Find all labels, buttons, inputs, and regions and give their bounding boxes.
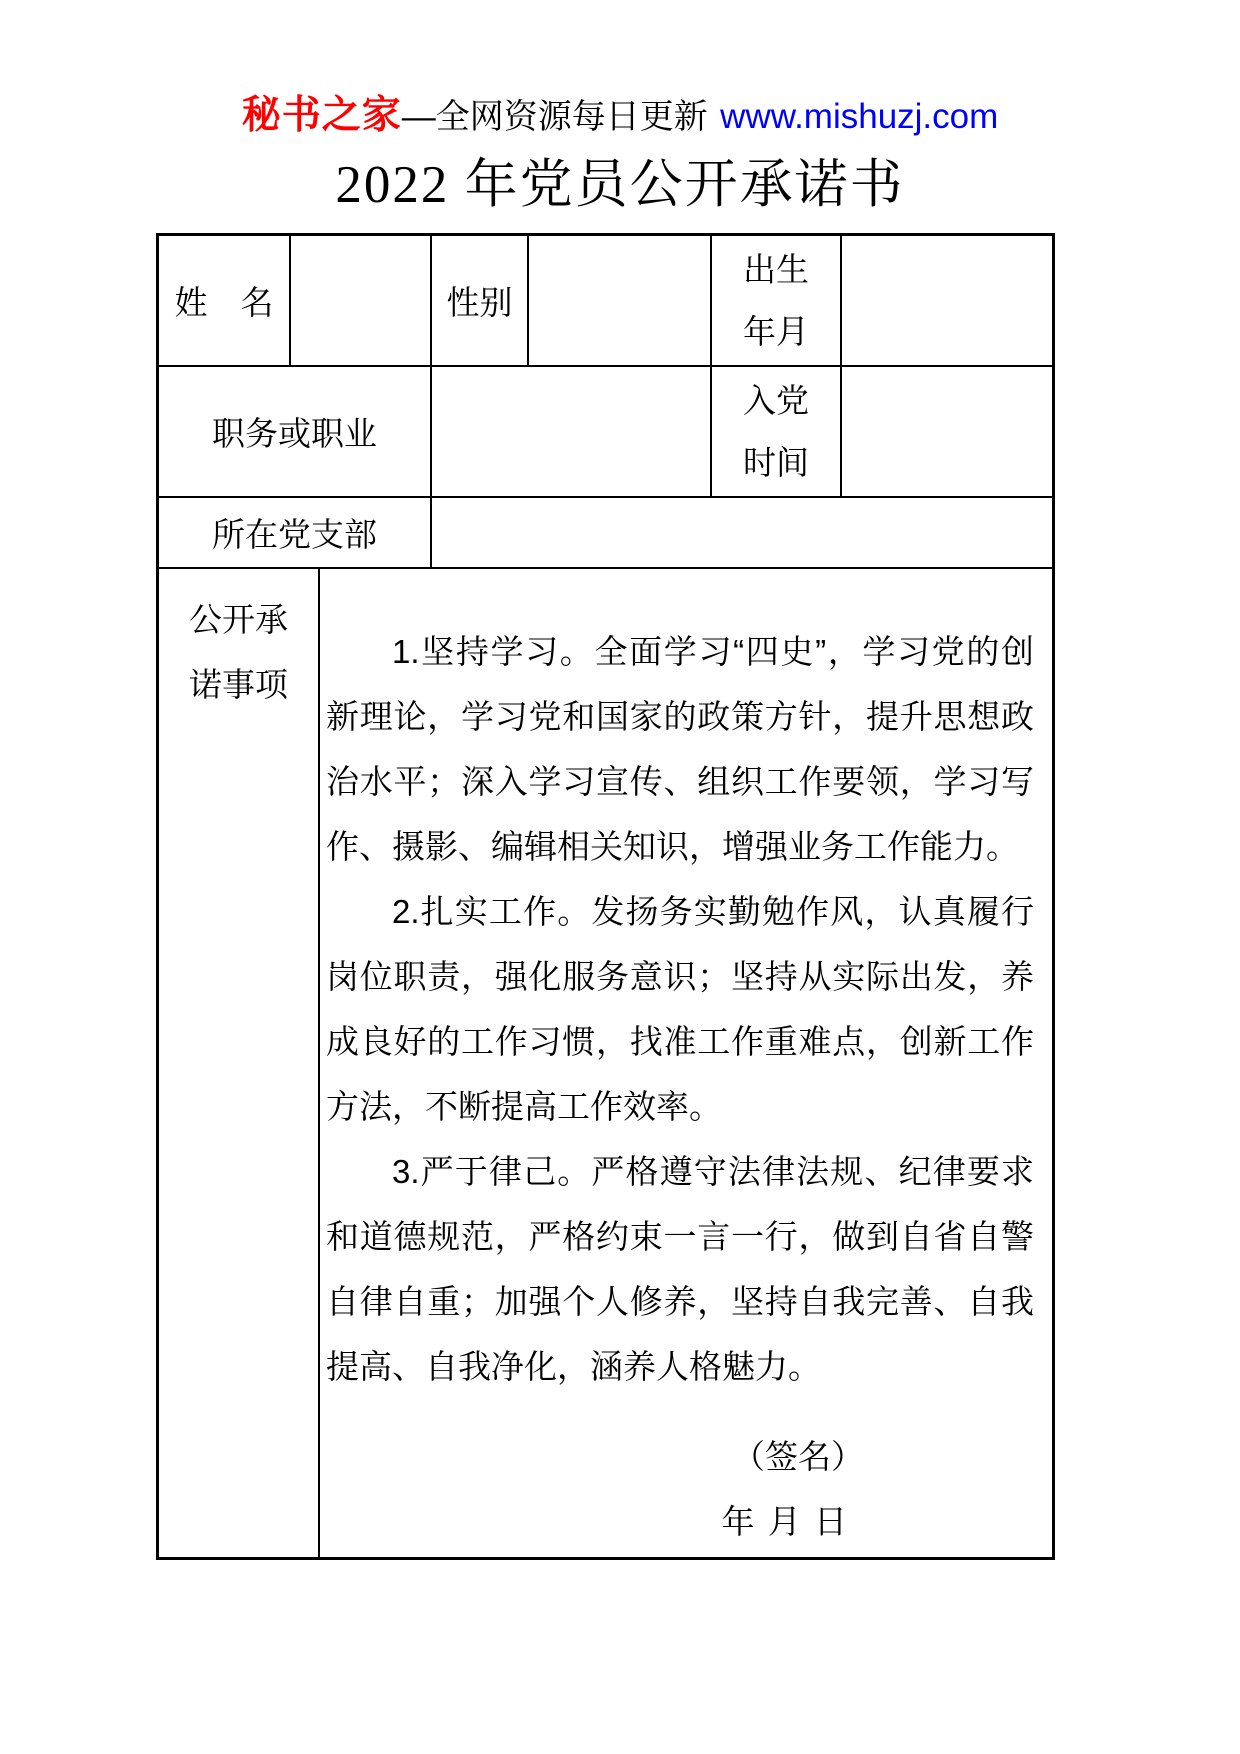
commitment-text: 1.坚持学习。全面学习“四史”，学习党的创新理论，学习党和国家的政策方针，提升思…: [320, 569, 1052, 1554]
signature-block: （签名） 年 月 日: [326, 1424, 1034, 1554]
table-row-name: 姓 名 性别 出生 年月: [159, 236, 1052, 367]
commitment-paragraph-1: 1.坚持学习。全面学习“四史”，学习党的创新理论，学习党和国家的政策方针，提升思…: [326, 619, 1034, 879]
brand-name: 秘书之家: [242, 94, 402, 137]
name-value-cell[interactable]: [291, 236, 432, 367]
commitment-label-line2: 诺事项: [189, 652, 288, 717]
commitment-label-line1: 公开承: [189, 587, 288, 652]
gender-label: 性别: [432, 236, 529, 367]
commitment-form-table: 姓 名 性别 出生 年月 职务或职业 入党 时间 所在党支部 公开承 诺事项: [156, 233, 1055, 1560]
site-header: 秘书之家—全网资源每日更新 www.mishuzj.com: [0, 93, 1240, 147]
join-label-line1: 入党: [743, 370, 809, 432]
birth-date-value-cell[interactable]: [842, 236, 1052, 367]
branch-label: 所在党支部: [159, 498, 432, 569]
birth-date-label: 出生 年月: [712, 236, 842, 367]
join-time-value-cell[interactable]: [842, 367, 1052, 498]
join-time-label: 入党 时间: [712, 367, 842, 498]
job-value-cell[interactable]: [432, 367, 712, 498]
gender-value-cell[interactable]: [529, 236, 712, 367]
signature-placeholder: （签名）: [326, 1424, 864, 1489]
name-label: 姓 名: [159, 236, 291, 367]
page-title: 2022 年党员公开承诺书: [0, 146, 1240, 224]
table-row-commitments: 公开承 诺事项 1.坚持学习。全面学习“四史”，学习党的创新理论，学习党和国家的…: [159, 569, 1052, 1557]
table-row-branch: 所在党支部: [159, 498, 1052, 569]
commitment-paragraph-2: 2.扎实工作。发扬务实勤勉作风，认真履行岗位职责，强化服务意识；坚持从实际出发，…: [326, 879, 1034, 1139]
date-placeholder: 年 月 日: [326, 1489, 849, 1554]
commitment-body-cell[interactable]: 1.坚持学习。全面学习“四史”，学习党的创新理论，学习党和国家的政策方针，提升思…: [320, 569, 1052, 1557]
birth-label-line1: 出生: [743, 239, 809, 301]
brand-tagline: —全网资源每日更新: [402, 98, 708, 136]
birth-label-line2: 年月: [743, 301, 809, 363]
join-label-line2: 时间: [743, 432, 809, 494]
branch-value-cell[interactable]: [432, 498, 1052, 569]
commitment-paragraph-3: 3.严于律己。严格遵守法律法规、纪律要求和道德规范，严格约束一言一行，做到自省自…: [326, 1139, 1034, 1399]
commitment-label: 公开承 诺事项: [159, 569, 320, 1557]
site-url-link[interactable]: www.mishuzj.com: [720, 97, 998, 136]
table-row-job: 职务或职业 入党 时间: [159, 367, 1052, 498]
job-label: 职务或职业: [159, 367, 432, 498]
